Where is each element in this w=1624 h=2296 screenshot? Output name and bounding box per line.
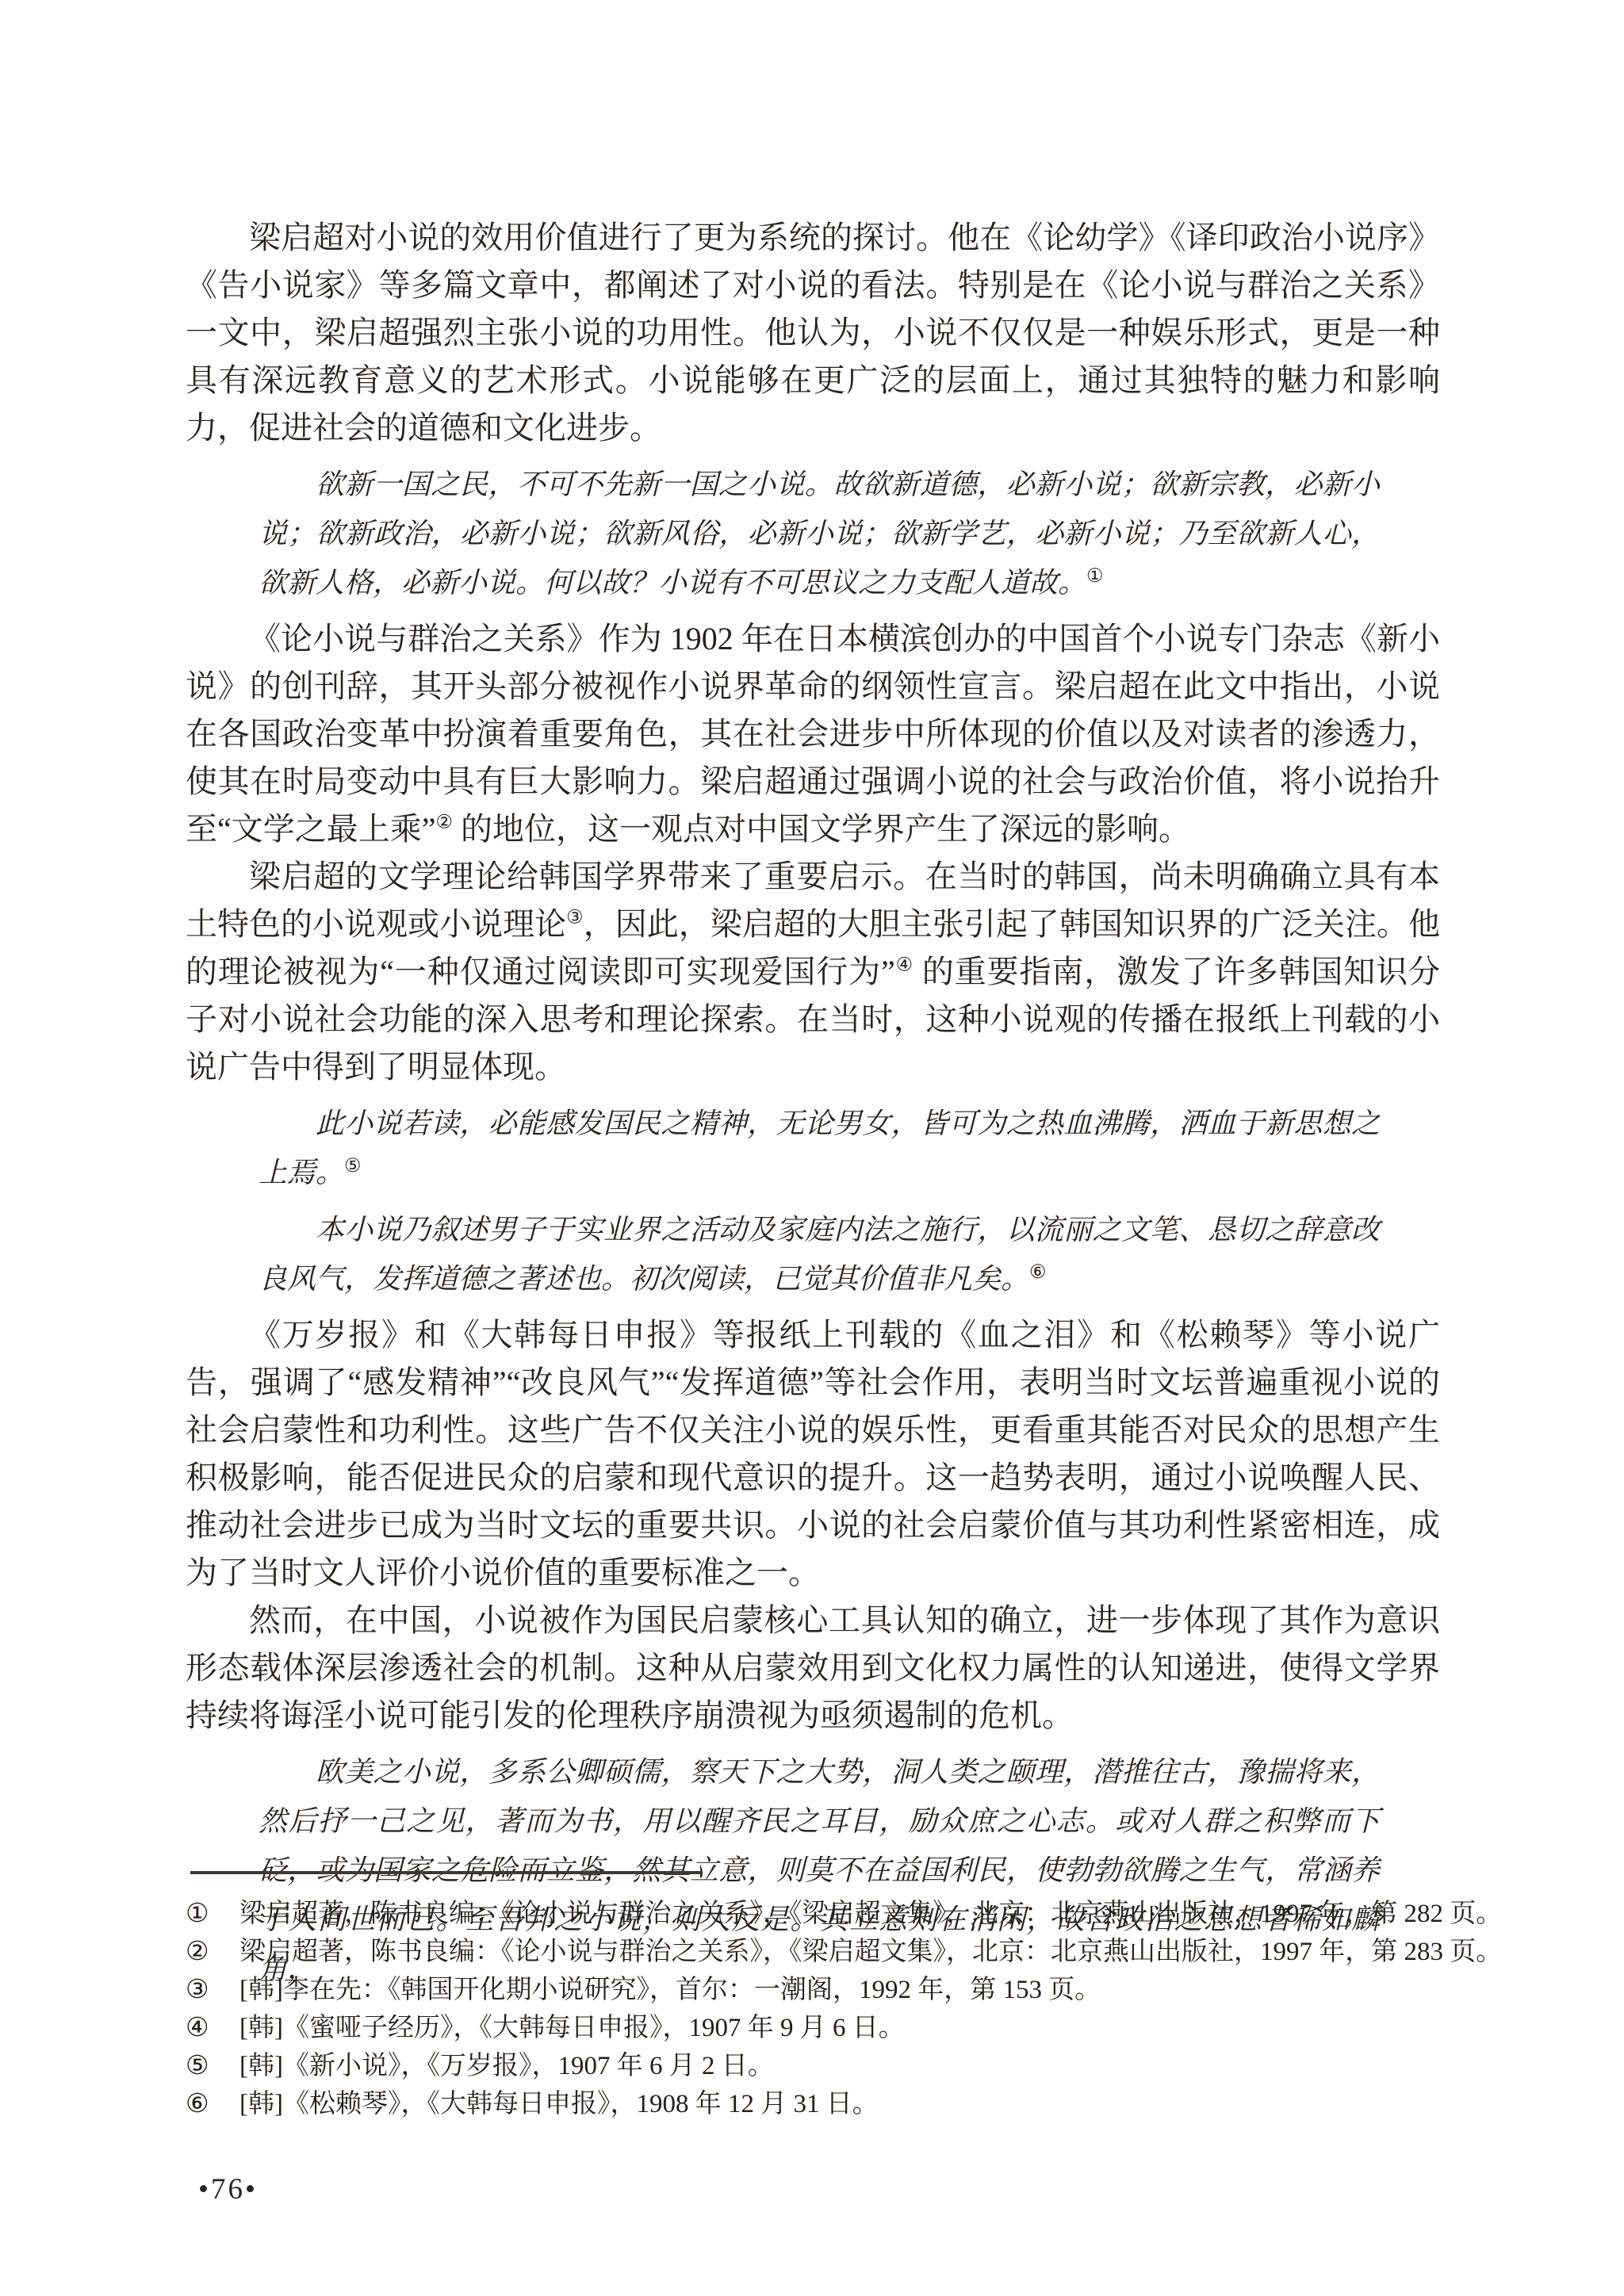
footnote-text: [韩]《蜜哑子经历》，《大韩每日申报》，1907 年 9 月 6 日。 [239, 2009, 1440, 2047]
footnote-ref: ① [1086, 566, 1104, 587]
footnote-ref: ⑤ [344, 1156, 362, 1177]
text-run: 梁启超对小说的效用价值进行了更为系统的探讨。他在《论幼学》《译印政治小说序》《告… [186, 220, 1440, 446]
body-paragraph: 梁启超的文学理论给韩国学界带来了重要启示。在当时的韩国，尚未明确确立具有本土特色… [186, 853, 1440, 1091]
footnote-text: 梁启超著，陈书良编：《论小说与群治之关系》，《梁启超文集》，北京：北京燕山出版社… [239, 1895, 1502, 1933]
quote-paragraph: 欲新一国之民，不可不先新一国之小说。故欲新道德，必新小说；欲新宗教，必新小说；欲… [259, 460, 1380, 607]
text-run: 的地位，这一观点对中国文学界产生了深远的影响。 [453, 811, 1190, 847]
footnote-separator [190, 1871, 702, 1874]
footnote: ②梁启超著，陈书良编：《论小说与群治之关系》，《梁启超文集》，北京：北京燕山出版… [186, 1933, 1440, 1971]
body-paragraph: 梁启超对小说的效用价值进行了更为系统的探讨。他在《论幼学》《译印政治小说序》《告… [186, 214, 1440, 452]
text-run: 《万岁报》和《大韩每日申报》等报纸上刊载的《血之泪》和《松赖琴》等小说广告，强调… [186, 1317, 1440, 1590]
footnote-text: [韩]《新小说》，《万岁报》，1907 年 6 月 2 日。 [239, 2047, 1440, 2085]
footnote-marker: ⑤ [186, 2047, 239, 2085]
footnote-ref: ⑥ [1029, 1262, 1047, 1283]
body-paragraph: 《论小说与群治之关系》作为 1902 年在日本横滨创办的中国首个小说专门杂志《新… [186, 615, 1440, 853]
footnote-ref: ④ [895, 955, 913, 976]
footnote-marker: ④ [186, 2009, 239, 2047]
body-paragraph: 然而，在中国，小说被作为国民启蒙核心工具认知的确立，进一步体现了其作为意识形态载… [186, 1597, 1440, 1739]
text-run: 欲新一国之民，不可不先新一国之小说。故欲新道德，必新小说；欲新宗教，必新小说；欲… [259, 469, 1380, 599]
footnote-list: ①梁启超著，陈书良编：《论小说与群治之关系》，《梁启超文集》，北京：北京燕山出版… [186, 1895, 1440, 2123]
page: 梁启超对小说的效用价值进行了更为系统的探讨。他在《论幼学》《译印政治小说序》《告… [0, 0, 1624, 2296]
footnote: ⑤[韩]《新小说》，《万岁报》，1907 年 6 月 2 日。 [186, 2047, 1440, 2085]
footnote-text: [韩]李在先：《韩国开化期小说研究》，首尔：一潮阁，1992 年，第 153 页… [239, 1971, 1440, 2009]
footnote-marker: ⑥ [186, 2085, 239, 2123]
document-body: 梁启超对小说的效用价值进行了更为系统的探讨。他在《论幼学》《译印政治小说序》《告… [186, 214, 1440, 1993]
footnote-ref: ③ [566, 908, 584, 928]
footnote-marker: ① [186, 1895, 239, 1933]
quote-paragraph: 此小说若读，必能感发国民之精神，无论男女，皆可为之热血沸腾，洒血于新思想之上焉。… [259, 1099, 1380, 1197]
text-run: 本小说乃叙述男子于实业界之活动及家庭内法之施行，以流丽之文笔、恳切之辞意改良风气… [259, 1214, 1380, 1295]
footnote-text: [韩]《松赖琴》，《大韩每日申报》，1908 年 12 月 31 日。 [239, 2085, 1440, 2123]
text-run: 然而，在中国，小说被作为国民启蒙核心工具认知的确立，进一步体现了其作为意识形态载… [186, 1602, 1440, 1733]
footnote: ①梁启超著，陈书良编：《论小说与群治之关系》，《梁启超文集》，北京：北京燕山出版… [186, 1895, 1440, 1933]
quote-paragraph: 本小说乃叙述男子于实业界之活动及家庭内法之施行，以流丽之文笔、恳切之辞意改良风气… [259, 1205, 1380, 1303]
footnote-ref: ② [436, 813, 454, 833]
footnote: ④[韩]《蜜哑子经历》，《大韩每日申报》，1907 年 9 月 6 日。 [186, 2009, 1440, 2047]
footnote: ③[韩]李在先：《韩国开化期小说研究》，首尔：一潮阁，1992 年，第 153 … [186, 1971, 1440, 2009]
footnote-marker: ③ [186, 1971, 239, 2009]
footnote: ⑥[韩]《松赖琴》，《大韩每日申报》，1908 年 12 月 31 日。 [186, 2085, 1440, 2123]
text-run: 此小说若读，必能感发国民之精神，无论男女，皆可为之热血沸腾，洒血于新思想之上焉。 [259, 1108, 1380, 1188]
page-number: •76• [198, 2172, 258, 2206]
footnote-text: 梁启超著，陈书良编：《论小说与群治之关系》，《梁启超文集》，北京：北京燕山出版社… [239, 1933, 1502, 1971]
body-paragraph: 《万岁报》和《大韩每日申报》等报纸上刊载的《血之泪》和《松赖琴》等小说广告，强调… [186, 1311, 1440, 1597]
footnote-marker: ② [186, 1933, 239, 1971]
footnote-area: ①梁启超著，陈书良编：《论小说与群治之关系》，《梁启超文集》，北京：北京燕山出版… [186, 1871, 1440, 2123]
